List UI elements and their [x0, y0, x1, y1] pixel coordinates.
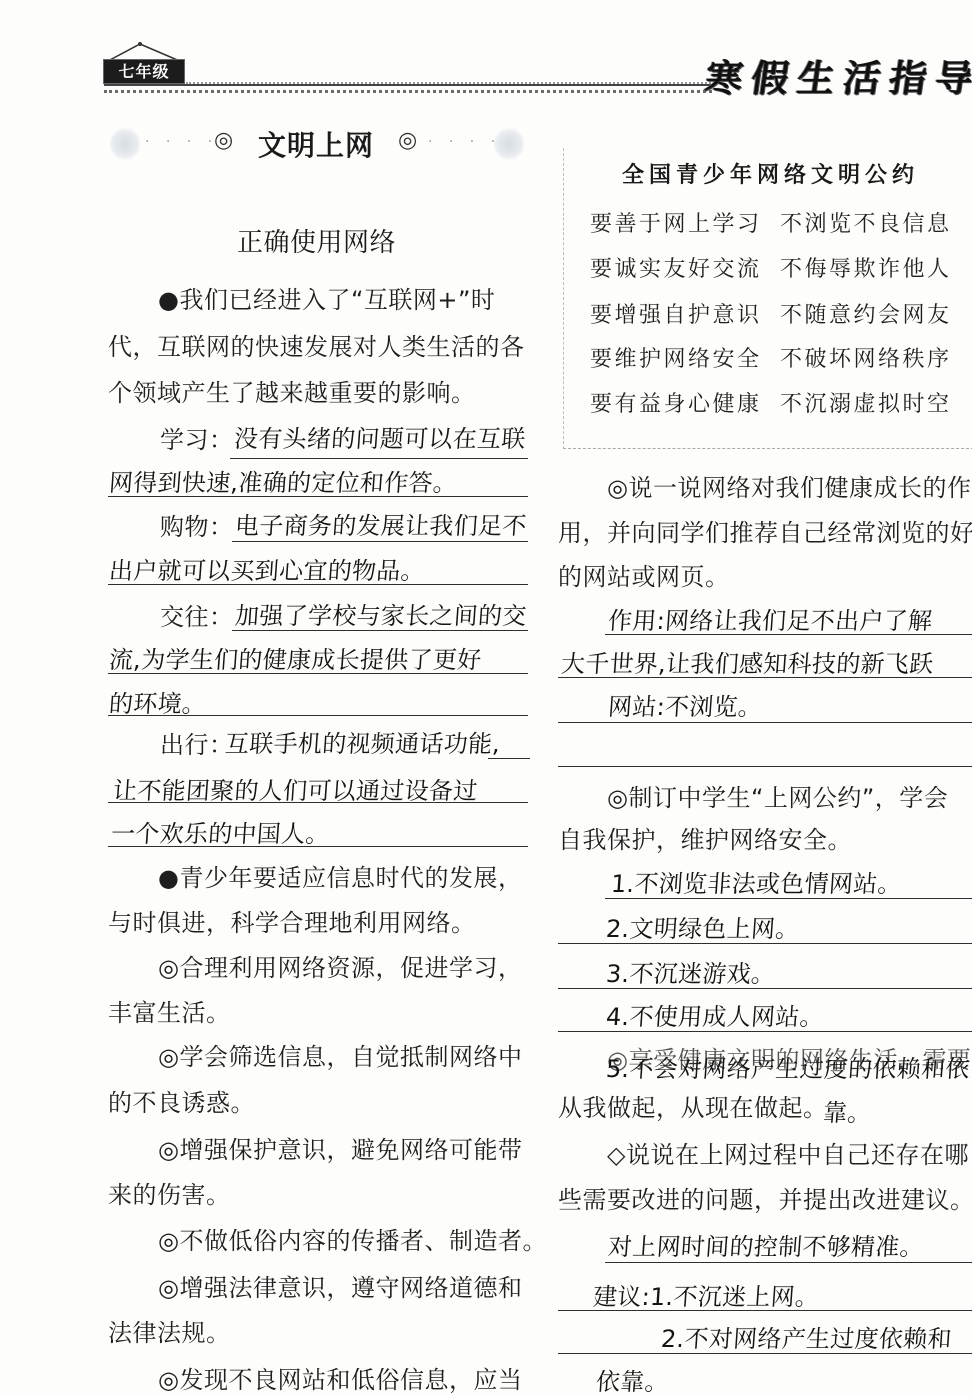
- guidance-line: ◎合理利用网络资源，促进学习，: [158, 953, 522, 983]
- handwritten-answer: 依靠。: [595, 1367, 670, 1396]
- convention-dont: 不沉溺虚拟时空: [780, 390, 952, 420]
- convention-dont: 不浏览不良信息: [780, 210, 952, 240]
- guidance-line: 法律法规。: [108, 1318, 231, 1348]
- handwritten-answer: 加强了学校与家长之间的交: [234, 601, 528, 631]
- right-circle-mark-icon: ◎: [398, 128, 417, 153]
- guidance-line: 丰富生活。: [108, 998, 231, 1028]
- answer-underline: [558, 1353, 972, 1354]
- header-divider: [104, 84, 712, 86]
- answer-underline: [605, 898, 972, 899]
- handwritten-answer: 1.不浏览非法或色情网站。: [610, 869, 903, 899]
- task-prompt: ◎说一说网络对我们健康成长的作: [607, 473, 971, 503]
- example-label-social: 交往：: [160, 602, 234, 632]
- answer-underline: [108, 715, 528, 716]
- answer-underline: [488, 758, 530, 759]
- handwritten-answer: 互联手机的视频通话功能,: [224, 729, 501, 759]
- handwritten-answer: 作用:网络让我们足不出户了解: [607, 606, 933, 636]
- answer-underline: [605, 1262, 972, 1263]
- example-label-travel: 出行：: [160, 730, 234, 760]
- section-title: 文明上网: [258, 124, 374, 164]
- guidance-line: ◎增强保护意识，避免网络可能带: [158, 1135, 522, 1165]
- task-prompt: 些需要改进的问题，并提出改进建议。: [558, 1185, 972, 1215]
- guidance-line: ◎发现不良网站和低俗信息，应当: [158, 1365, 522, 1395]
- handwritten-answer: 对上网时间的控制不够精准。: [607, 1232, 925, 1262]
- left-circle-mark-icon: ◎: [214, 128, 233, 153]
- task-prompt: 自我保护，维护网络安全。: [558, 825, 852, 855]
- handwritten-answer: 5.不会对网络产生过度的依赖和依: [605, 1054, 971, 1084]
- handwritten-answer: 没有头绪的问题可以在互联: [233, 424, 527, 454]
- handwritten-answer: 网站:不浏览。: [607, 692, 763, 722]
- handwritten-answer: 4.不使用成人网站。: [605, 1002, 825, 1032]
- handwritten-answer: 2.文明绿色上网。: [605, 914, 801, 944]
- convention-dont: 不破坏网络秩序: [780, 345, 952, 375]
- answer-underline: [108, 673, 528, 674]
- guidance-line: ●青少年要适应信息时代的发展，: [158, 863, 522, 893]
- example-label-study: 学习：: [160, 425, 234, 455]
- left-cloud-icon: [110, 127, 140, 161]
- handwritten-answer: 网得到快速,准确的定位和作答。: [108, 468, 458, 498]
- handwritten-answer: 大千世界,让我们感知科技的新飞跃: [560, 649, 935, 679]
- answer-underline: [232, 630, 528, 631]
- answer-underline: [558, 722, 972, 723]
- intro-line: ●我们已经进入了“互联网+”时: [158, 285, 495, 315]
- convention-do: 要有益身心健康: [590, 390, 762, 420]
- answer-underline: [558, 943, 972, 944]
- answer-underline: [558, 677, 972, 678]
- answer-underline: [232, 541, 528, 542]
- answer-underline: [108, 846, 528, 847]
- handwritten-answer: 2.不对网络产生过度依赖和: [660, 1324, 953, 1354]
- guidance-line: ◎学会筛选信息，自觉抵制网络中: [158, 1042, 522, 1072]
- convention-do: 要增强自护意识: [590, 301, 762, 331]
- task-prompt: ◎制订中学生“上网公约”，学会: [607, 783, 948, 813]
- header-dotted-border: [104, 90, 712, 93]
- convention-title: 全国青少年网络文明公约: [622, 160, 919, 190]
- intro-line: 个领域产生了越来越重要的影响。: [108, 378, 476, 408]
- guidance-line: 与时俱进，科学合理地利用网络。: [108, 908, 476, 938]
- convention-dont: 不侮辱欺诈他人: [780, 255, 952, 285]
- header-decorative-wave: [186, 74, 711, 84]
- guidance-line: ◎不做低俗内容的传播者、制造者。: [158, 1226, 547, 1256]
- task-prompt: 用，并向同学们推荐自己经常浏览的好: [558, 518, 972, 548]
- guidance-line: 的不良诱惑。: [108, 1088, 255, 1118]
- convention-dont: 不随意约会网友: [780, 301, 952, 331]
- answer-underline: [558, 1310, 972, 1311]
- answer-underline-blank: [558, 766, 972, 767]
- handwritten-answer: 一个欢乐的中国人。: [110, 819, 331, 849]
- example-label-shopping: 购物：: [160, 512, 234, 542]
- convention-do: 要善于网上学习: [590, 210, 762, 240]
- answer-underline: [558, 988, 972, 989]
- convention-do: 要维护网络安全: [590, 345, 762, 375]
- task-prompt: ◇说说在上网过程中自己还存在哪: [607, 1140, 969, 1170]
- handwritten-answer: 出户就可以买到心宜的物品。: [108, 556, 426, 586]
- handwritten-answer: 靠。: [822, 1098, 873, 1128]
- answer-underline: [108, 802, 528, 803]
- task-prompt: 从我做起，从现在做起。: [558, 1093, 828, 1123]
- answer-underline: [108, 584, 528, 585]
- handwritten-answer: 流,为学生们的健康成长提供了更好: [108, 645, 483, 675]
- column-heading: 正确使用网络: [237, 228, 396, 258]
- answer-underline: [230, 458, 528, 459]
- answer-underline: [558, 1031, 972, 1032]
- intro-line: 代，互联网的快速发展对人类生活的各: [108, 332, 525, 362]
- answer-underline: [605, 634, 972, 635]
- convention-do: 要诚实友好交流: [590, 255, 762, 285]
- task-prompt: 的网站或网页。: [558, 562, 730, 592]
- handwritten-answer: 电子商务的发展让我们足不: [234, 511, 528, 541]
- handwritten-answer: 建议:1.不沉迷上网。: [592, 1282, 820, 1312]
- guidance-line: ◎增强法律意识，遵守网络道德和: [158, 1273, 522, 1303]
- answer-underline: [108, 496, 528, 497]
- grade-tag: 七年级: [104, 60, 184, 83]
- book-title: 寒假生活指导: [702, 48, 972, 102]
- right-cloud-icon: [494, 127, 524, 161]
- guidance-line: 来的伤害。: [108, 1180, 231, 1210]
- handwritten-answer: 3.不沉迷游戏。: [605, 959, 776, 989]
